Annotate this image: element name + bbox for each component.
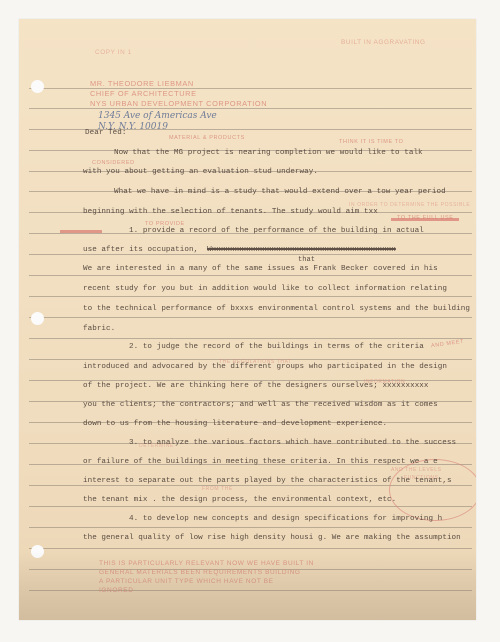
punch-hole <box>31 312 44 325</box>
bottom-note-line: A PARTICULAR UNIT TYPE WHICH HAVE NOT BE <box>99 578 274 585</box>
copy-stamp: COPY IN 1 <box>95 49 132 56</box>
paragraph-line: recent study for you but in addition wou… <box>83 284 447 294</box>
list-item-1: 1. provide a record of the performance o… <box>129 226 424 236</box>
address-line-3: NYS URBAN DEVELOPMENT CORPORATION <box>90 100 267 107</box>
paragraph-line: of the project. We are thinking here of … <box>83 381 429 391</box>
punch-hole <box>31 80 44 93</box>
ruled-line <box>29 548 472 549</box>
top-right-note: BUILT IN AGGRAVATING <box>341 39 426 46</box>
ruled-line <box>29 338 472 339</box>
annotation: FROM THE <box>202 486 233 493</box>
annotation: THINK IT IS TIME TO <box>339 139 403 146</box>
annotation: CONSIDERED <box>92 160 135 167</box>
red-circle-mark <box>389 459 476 521</box>
address-line-1: MR. THEODORE LIEBMAN <box>90 80 194 87</box>
paragraph-line: the general quality of low rise high den… <box>83 533 461 543</box>
punch-hole <box>31 545 44 558</box>
address-line-2: CHIEF OF ARCHITECTURE <box>90 90 197 97</box>
paragraph-line: use after its occupation, <box>83 245 198 255</box>
ruled-line <box>29 317 472 318</box>
bottom-note-line: THIS IS PARTICULARLY RELEVANT NOW WE HAV… <box>99 560 314 567</box>
red-strikeout <box>391 218 459 221</box>
ruled-line <box>29 527 472 528</box>
salutation: Dear Ted: <box>85 128 126 138</box>
handwritten-address-1: 1345 Ave of Americas Ave <box>98 112 217 121</box>
paragraph-line: to the technical performance of bxxxs en… <box>83 304 470 314</box>
ruled-line <box>29 275 472 276</box>
red-strikeout <box>60 230 102 233</box>
paragraph-line: you the clients; the contractors; and we… <box>83 400 438 410</box>
paragraph-line: introduced and advocared by the differen… <box>83 362 447 372</box>
paragraph-line: down to us from the housing literature a… <box>83 419 387 429</box>
list-item-2: 2. to judge the record of the buildings … <box>129 342 424 352</box>
paragraph-line: Now that the MG project is nearing compl… <box>114 148 423 158</box>
annotation: MATERIAL & PRODUCTS <box>169 135 245 142</box>
bottom-note-line: GENERAL MATERIALS BEEN REQUIREMENTS BUIL… <box>99 569 301 576</box>
list-item-3: 3. to analyze the various factors which … <box>129 438 456 448</box>
ruled-line <box>29 108 472 109</box>
ruled-line <box>29 296 472 297</box>
paragraph-line: beginning with the selection of tenants.… <box>83 207 378 217</box>
paragraph-line: What we have in mind is a study that wou… <box>114 187 446 197</box>
list-item-4: 4. to develop new concepts and design sp… <box>129 514 442 524</box>
paragraph-line: or failure of the buildings in meeting t… <box>83 457 438 467</box>
bottom-note-line: IGNORED <box>99 587 134 594</box>
struck-out-text: Wxxxxxxxxxxxxxxxxxxxxxxxxxxxxxxxxxxxxxxx… <box>207 245 396 255</box>
paragraph-line: fabric. <box>83 324 115 334</box>
paragraph-line: with you about getting an evaluation stu… <box>83 167 318 177</box>
ruled-line <box>29 590 472 591</box>
paragraph-line: We are interested in a many of the same … <box>83 264 438 274</box>
paragraph-line: interest to separate out the parts playe… <box>83 476 452 486</box>
annotation: AND MEET <box>431 339 465 351</box>
letter-page: COPY IN 1 BUILT IN AGGRAVATING MR. THEOD… <box>19 19 476 620</box>
paragraph-line: the tenant mix . the design process, the… <box>83 495 396 505</box>
